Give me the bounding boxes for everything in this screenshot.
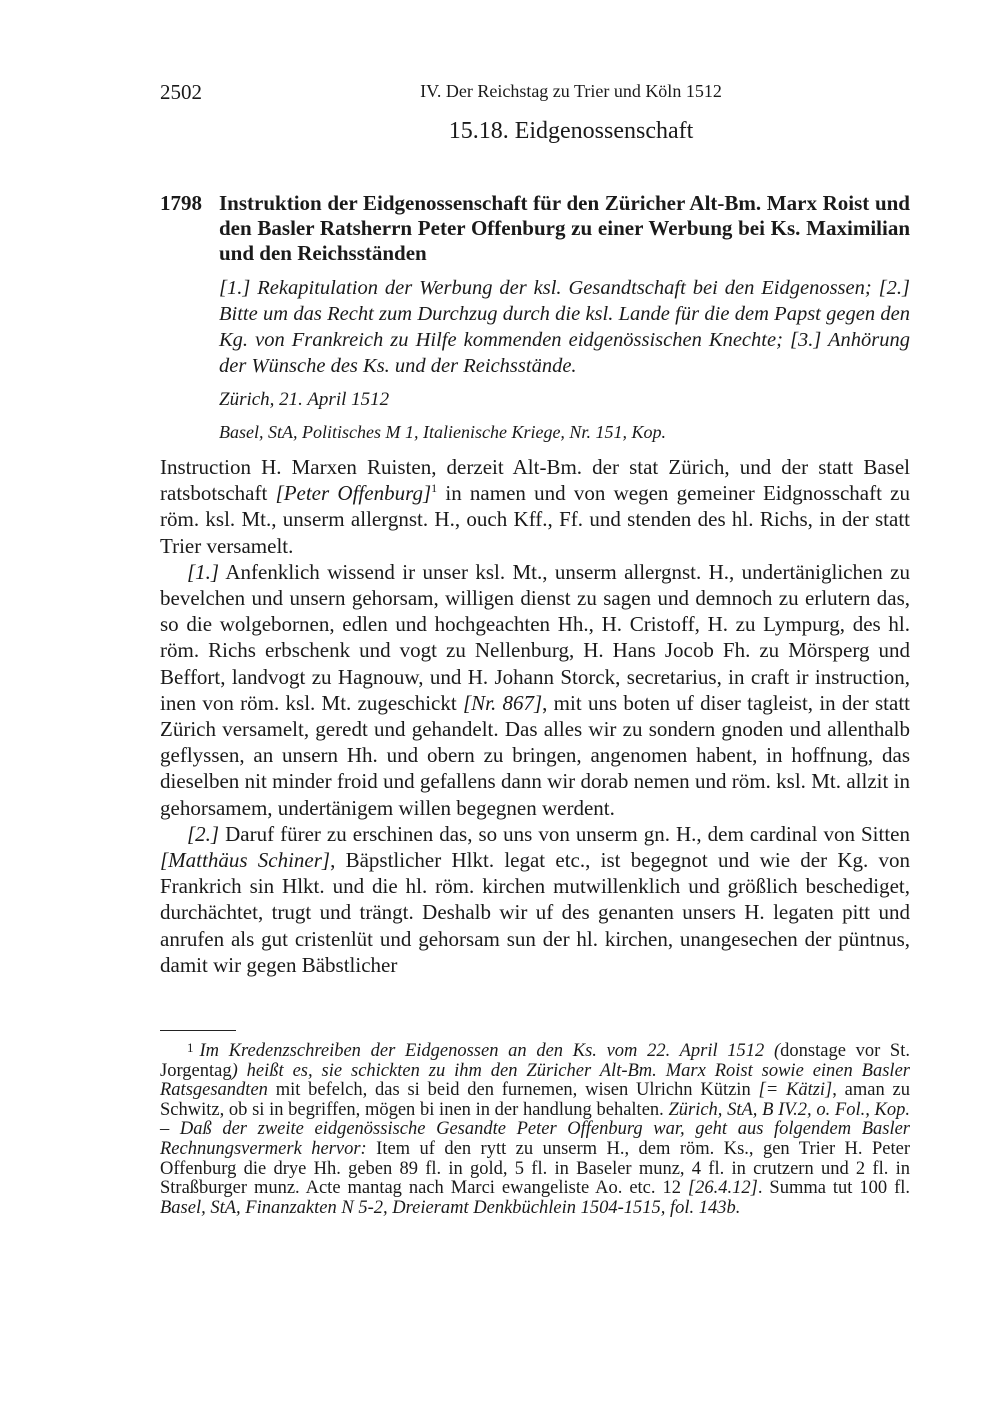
text-run: [26.4.12] (688, 1178, 758, 1198)
footnote-divider (160, 1030, 236, 1031)
section-title: 15.18. Eidgenossenschaft (160, 118, 910, 145)
paragraph-intro: Instruction H. Marxen Ruisten, derzeit A… (160, 454, 910, 559)
regest-text: [1.] Rekapitulation der Werbung der ksl.… (219, 275, 910, 379)
cross-reference: [Nr. 867] (463, 691, 542, 715)
text-run: Im Kredenzschreiben der Eidgenossen an d… (200, 1041, 781, 1061)
footnotes: 1Im Kredenzschreiben der Eidgenossen an … (160, 1038, 910, 1218)
footnote-1: 1Im Kredenzschreiben der Eidgenossen an … (160, 1038, 910, 1218)
footnote-mark: 1 (187, 1040, 194, 1055)
editorial-insert: [Peter Offenburg] (276, 481, 432, 505)
section-label: [2.] (187, 822, 219, 846)
document-source: Basel, StA, Politisches M 1, Italienisch… (219, 420, 910, 444)
document-regest: [1.] Rekapitulation der Werbung der ksl.… (219, 275, 910, 379)
text-run: Daruf fürer zu erschinen das, so uns von… (219, 822, 910, 846)
text-run: Basel, StA, Finanzakten N 5-2, Dreieramt… (160, 1198, 740, 1218)
editorial-insert: [Matthäus Schiner] (160, 848, 330, 872)
paragraph-2: [2.] Daruf fürer zu erschinen das, so un… (160, 821, 910, 978)
text-run: . Summa tut 100 fl. (758, 1178, 910, 1198)
paragraph-1: [1.] Anfenklich wissend ir unser ksl. Mt… (160, 559, 910, 821)
document-header: 1798 Instruktion der Eidgenossenschaft f… (160, 191, 910, 444)
document-number: 1798 (160, 191, 202, 216)
text-run: mit befelch, das si beid den furnemen, w… (268, 1080, 759, 1100)
text-run: [= Kätzi] (759, 1080, 833, 1100)
body-text: Instruction H. Marxen Ruisten, derzeit A… (160, 454, 910, 978)
running-head: 2502 IV. Der Reichstag zu Trier und Köln… (160, 80, 910, 106)
document-title: Instruktion der Eidgenossenschaft für de… (219, 191, 910, 266)
document-date: Zürich, 21. April 1512 (219, 388, 910, 412)
section-label: [1.] (187, 560, 219, 584)
running-title: IV. Der Reichstag zu Trier und Köln 1512 (160, 81, 910, 102)
